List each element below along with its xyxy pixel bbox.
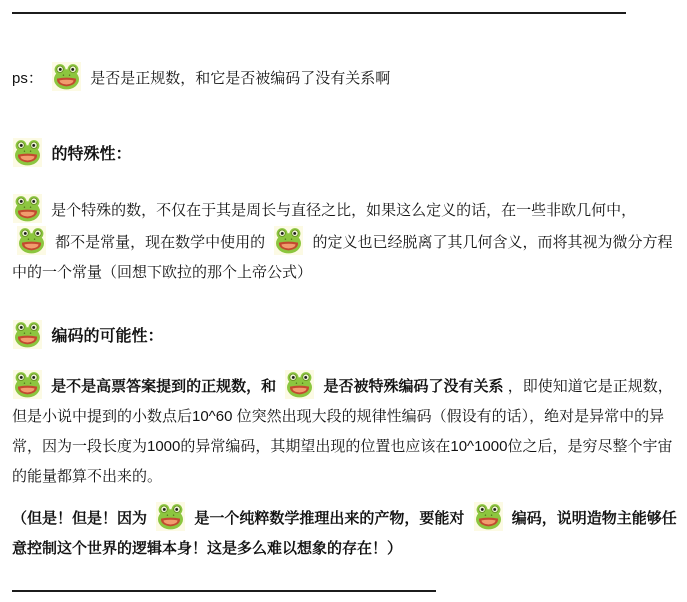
ps-line: ps： 是否是正规数，和它是否被编码了没有关系啊 xyxy=(12,62,677,94)
ps-text: 是否是正规数，和它是否被编码了没有关系啊 xyxy=(90,70,390,87)
frog-emoji-icon xyxy=(474,502,503,531)
paragraph-text-segment: 都不是常量，现在数学中使用的 xyxy=(55,234,265,251)
top-divider-line xyxy=(12,12,626,14)
paragraph-bold-segment: 是否被特殊编码了没有关系 xyxy=(324,378,504,395)
paragraph-text-segment: 是个特殊的数，不仅在于其是周长与直径之比，如果这么定义的话，在一些非欧几何中， xyxy=(51,202,636,219)
heading-text: 的特殊性： xyxy=(51,146,131,163)
frog-emoji-icon xyxy=(17,226,46,255)
frog-emoji-icon xyxy=(285,370,314,399)
heading-pi-encoding: 编码的可能性： xyxy=(12,320,677,352)
frog-emoji-icon xyxy=(156,502,185,531)
paragraph-pi-specialness: 是个特殊的数，不仅在于其是周长与直径之比，如果这么定义的话，在一些非欧几何中， … xyxy=(12,194,677,288)
frog-emoji-icon xyxy=(13,370,42,399)
frog-emoji-icon xyxy=(13,138,42,167)
article-page: ps： 是否是正规数，和它是否被编码了没有关系啊 的特殊性： 是个特殊的数，不仅… xyxy=(0,0,687,592)
frog-emoji-icon xyxy=(13,194,42,223)
frog-emoji-icon xyxy=(52,62,81,91)
paragraph-text-segment: （但是！但是！因为 xyxy=(12,510,147,527)
heading-pi-specialness: 的特殊性： xyxy=(12,138,677,170)
paragraph-creator-note: （但是！但是！因为 是一个纯粹数学推理出来的产物，要能对 编码，说明造物主能够任… xyxy=(12,502,677,564)
heading-text: 编码的可能性： xyxy=(51,328,163,345)
frog-emoji-icon xyxy=(274,226,303,255)
ps-prefix: ps： xyxy=(12,70,43,87)
frog-emoji-icon xyxy=(13,320,42,349)
paragraph-pi-encoding: 是不是高票答案提到的正规数，和 是否被特殊编码了没有关系 ，即使知道它是正规数，… xyxy=(12,370,677,492)
bottom-divider-line xyxy=(12,590,436,592)
paragraph-bold-segment: 是不是高票答案提到的正规数，和 xyxy=(51,378,276,395)
paragraph-text-segment: 是一个纯粹数学推理出来的产物，要能对 xyxy=(194,510,464,527)
